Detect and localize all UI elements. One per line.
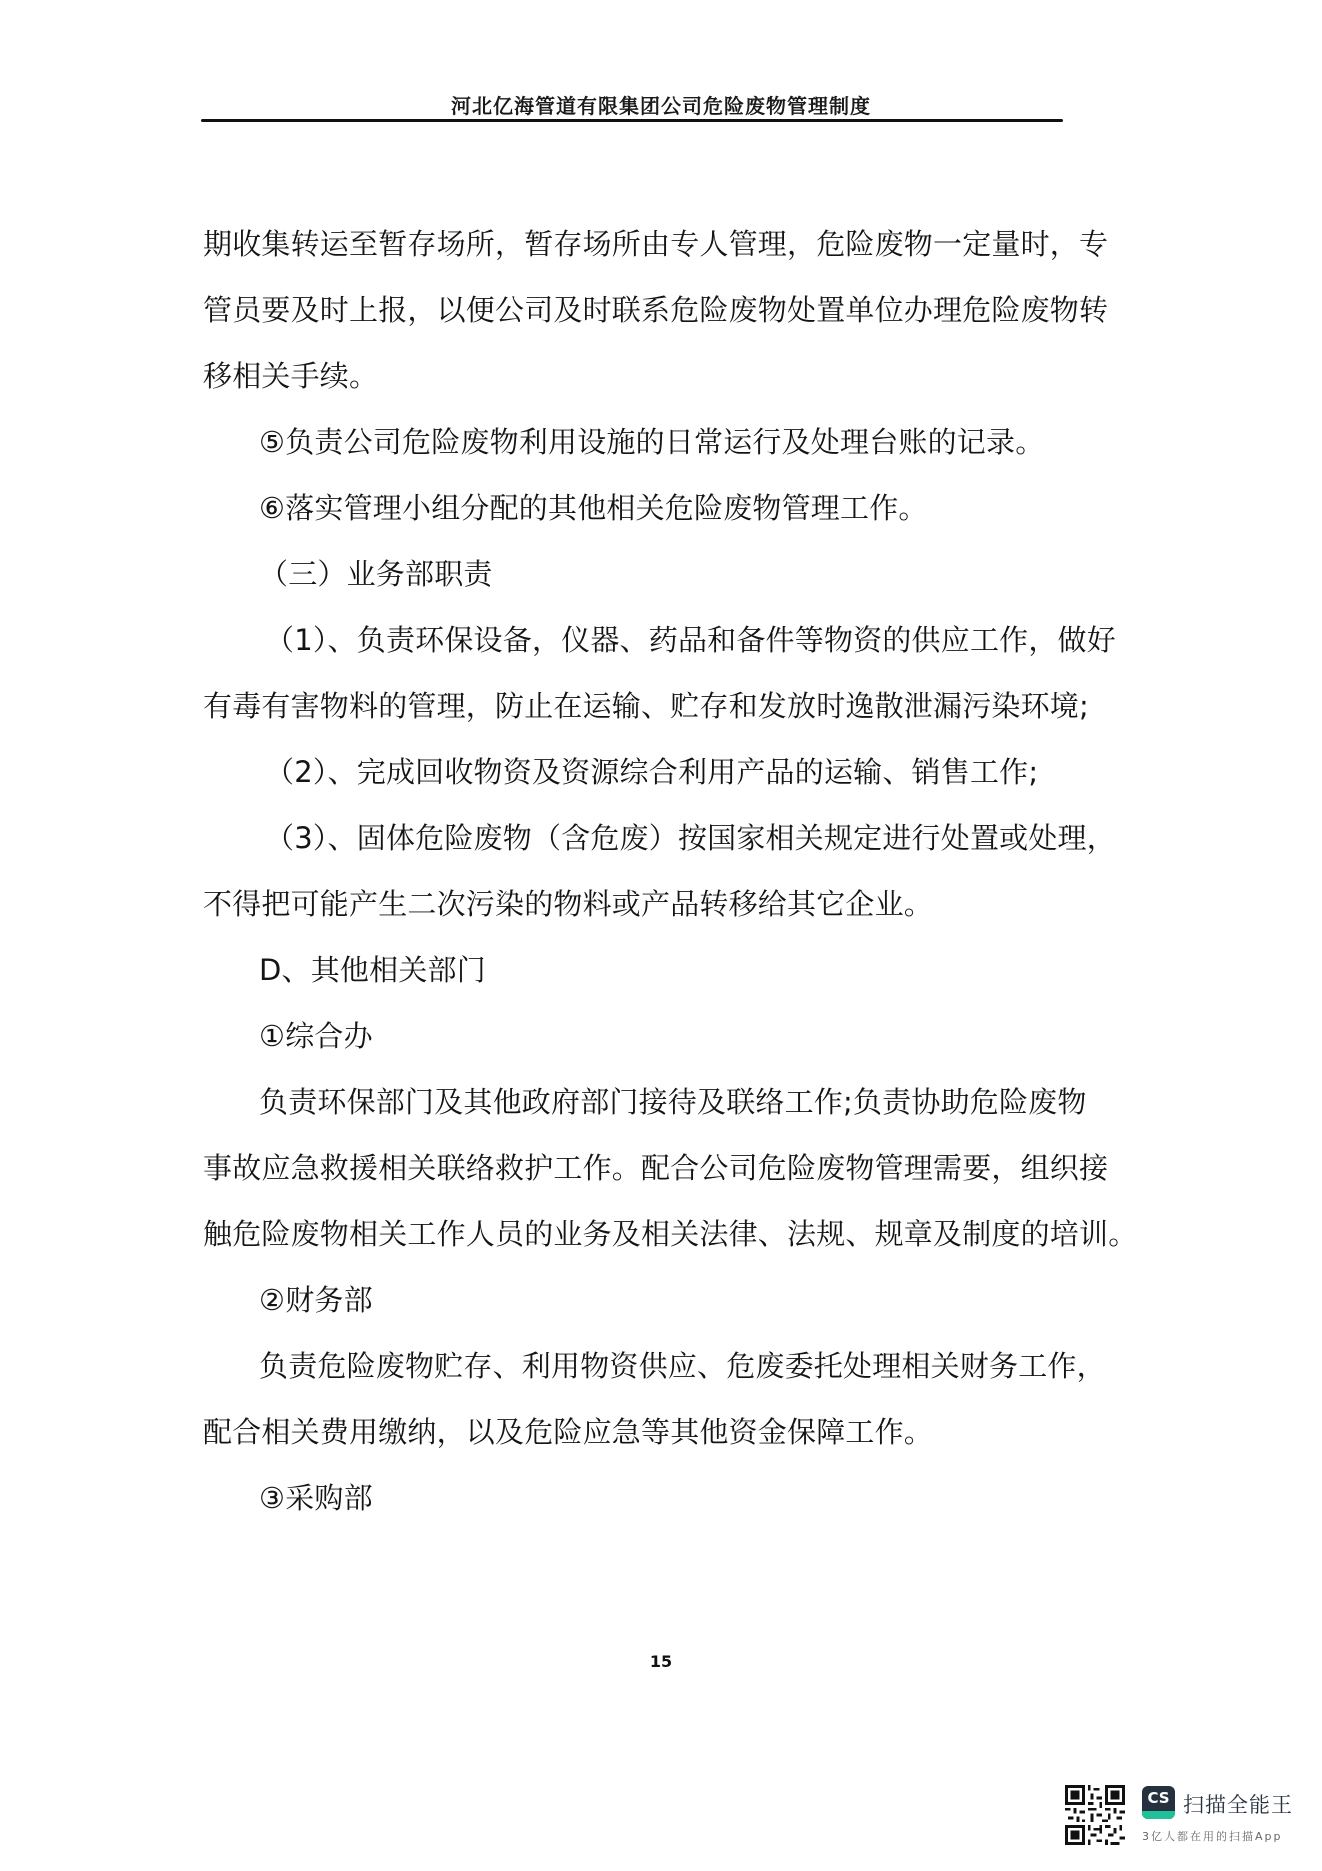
header-divider: [201, 119, 1063, 122]
paragraph-line: 事故应急救援相关联络救护工作。配合公司危险废物管理需要，组织接: [203, 1150, 1108, 1186]
subheading-finance-dept: ②财务部: [259, 1282, 373, 1318]
numbered-item-2: （2）、完成回收物资及资源综合利用产品的运输、销售工作;: [265, 754, 1038, 790]
list-item-5: ⑤负责公司危险废物利用设施的日常运行及处理台账的记录。: [259, 424, 1044, 460]
logo-text: CS: [1142, 1789, 1175, 1807]
paragraph-line: 负责环保部门及其他政府部门接待及联络工作;负责协助危险废物: [259, 1084, 1087, 1120]
paragraph-line: 配合相关费用缴纳，以及危险应急等其他资金保障工作。: [203, 1414, 933, 1450]
subheading-general-office: ①综合办: [259, 1018, 373, 1054]
subheading-procurement-dept: ③采购部: [259, 1480, 373, 1516]
paragraph-line: 负责危险废物贮存、利用物资供应、危废委托处理相关财务工作，: [259, 1348, 1106, 1384]
page-number: 15: [0, 1652, 1322, 1671]
numbered-item-3: （3）、固体危险废物（含危废）按国家相关规定进行处置或处理，: [265, 820, 1116, 856]
list-item-6: ⑥落实管理小组分配的其他相关危险废物管理工作。: [259, 490, 928, 526]
paragraph-line: 管员要及时上报，以便公司及时联系危险废物处置单位办理危险废物转: [203, 292, 1108, 328]
paragraph-line: 触危险废物相关工作人员的业务及相关法律、法规、规章及制度的培训。: [203, 1216, 1137, 1252]
scanner-watermark: CS 扫描全能王 3亿人都在用的扫描App: [1065, 1784, 1305, 1848]
paragraph-line: 期收集转运至暂存场所，暂存场所由专人管理，危险废物一定量时，专: [203, 226, 1108, 262]
paragraph-line: 不得把可能产生二次污染的物料或产品转移给其它企业。: [203, 886, 933, 922]
brand-slogan: 3亿人都在用的扫描App: [1142, 1828, 1283, 1844]
section-heading-other-depts: D、其他相关部门: [259, 952, 486, 988]
qr-code-icon: [1065, 1784, 1125, 1846]
section-heading-business-dept: （三）业务部职责: [259, 556, 493, 592]
paragraph-line: 移相关手续。: [203, 358, 378, 394]
brand-name: 扫描全能王: [1183, 1789, 1293, 1819]
numbered-item-1: （1）、负责环保设备，仪器、药品和备件等物资的供应工作，做好: [265, 622, 1116, 658]
logo-accent-bar: [1142, 1811, 1175, 1819]
camscanner-logo-icon: CS: [1142, 1786, 1175, 1819]
page-header-title: 河北亿海管道有限集团公司危险废物管理制度: [0, 90, 1322, 119]
paragraph-line: 有毒有害物料的管理，防止在运输、贮存和发放时逸散泄漏污染环境;: [203, 688, 1089, 724]
